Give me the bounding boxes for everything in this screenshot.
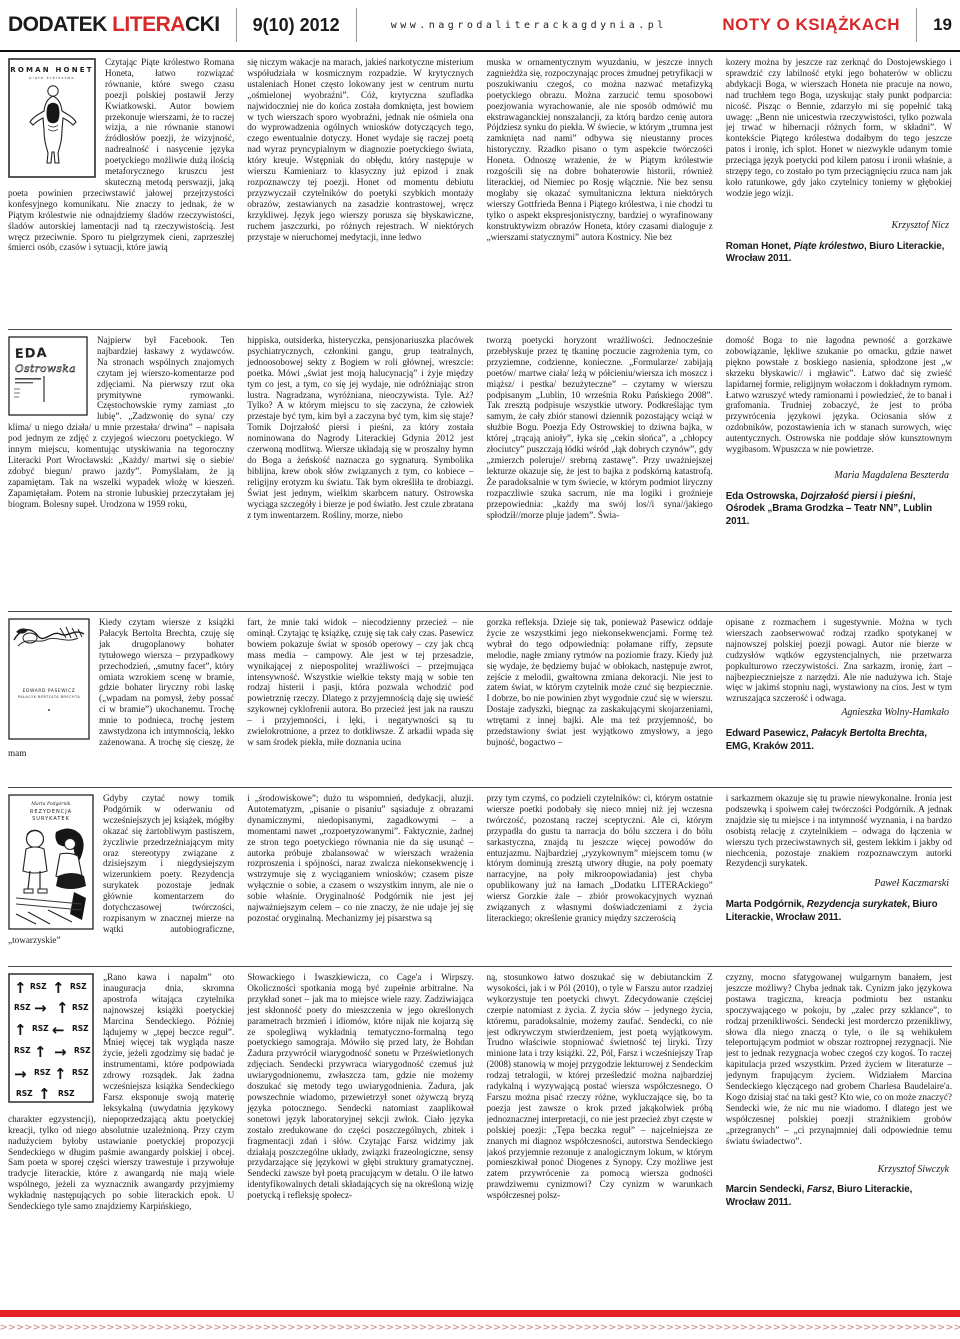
figure-torso (47, 103, 60, 124)
arrow-left-glyph: ← (52, 1021, 65, 1039)
arrow-up-glyph: ↑ (52, 979, 65, 997)
review-ostrowska-col1: EDA Ostrowska Najpierw był Facebook. Ten… (8, 335, 234, 611)
header-divider (236, 8, 237, 42)
book-cover-podgornik: Marta Podgórnik REZYDENCJA SURYKATEK (8, 794, 94, 930)
cover-author-text: ROMAN HONET (10, 66, 93, 74)
cover-title-text: PAŁACYK BERTOLTA BRECHTA (18, 695, 81, 699)
cover-author-text: Marta Podgórnik (30, 800, 71, 807)
review-pasewicz: EDWARD PASEWICZ PAŁACYK BERTOLTA BRECHTA… (0, 612, 960, 787)
review-ostrowska: EDA Ostrowska Najpierw był Facebook. Ten… (0, 330, 960, 611)
arrow-right-glyph: → (14, 1065, 27, 1083)
review-text: i sarkazmem okazuje się tu prawie niewyk… (726, 793, 952, 868)
citation-title: Dojrzałość piersi i pieśni (800, 491, 912, 502)
footer-red-bar (0, 1310, 960, 1317)
review-text: hippiska, outsiderka, histeryczka, pensj… (247, 335, 473, 611)
book-cover-podgornik-art: Marta Podgórnik REZYDENCJA SURYKATEK (8, 794, 94, 930)
citation-author: Marta Podgórnik, (726, 899, 807, 910)
book-cover-ostrowska-art: EDA Ostrowska (8, 336, 88, 416)
book-cover-farsz-art: ↑ RSZ ↑ RSZ RSZ → ↑ RSZ ↑ RSZ ← RSZ RSZ … (8, 973, 94, 1103)
book-citation: Marcin Sendecki, Farsz, Biuro Literackie… (726, 1184, 952, 1209)
masthead: DODATEK LITERACKI 9(10) 2012 www.nagroda… (0, 0, 960, 52)
cover-letters: RSZ (72, 1024, 89, 1033)
book-cover-honet: ROMAN HONET piąte królestwo (8, 58, 96, 178)
review-honet: ROMAN HONET piąte królestwo Czytając Pią… (0, 52, 960, 329)
cover-letters: RSZ (16, 1089, 33, 1098)
review-podgornik-col1: Marta Podgórnik REZYDENCJA SURYKATEK Gdy… (8, 793, 234, 966)
header-divider (356, 8, 357, 42)
page-number: 19 (933, 15, 952, 35)
review-pasewicz-col1: EDWARD PASEWICZ PAŁACYK BERTOLTA BRECHTA… (8, 617, 234, 787)
cover-letters: RSZ (72, 1003, 89, 1012)
cover-author-text: EDWARD PASEWICZ (23, 688, 76, 694)
cover-author-text: EDA (15, 346, 48, 362)
review-pasewicz-col4: opisane z rozmachem i sugestywnie. Można… (726, 617, 952, 787)
citation-title: Piąte królestwo (794, 241, 864, 252)
chevron-strip: >>>>>>>>>>>>>>>>>>>>>>>>>>>>>>>>>>>>>>>>… (0, 1321, 960, 1335)
arrow-up-glyph: ↑ (14, 1021, 27, 1039)
cover-letters: RSZ (32, 1024, 49, 1033)
citation-title: Farsz (807, 1184, 832, 1195)
cover-subtitle-mark (15, 378, 41, 380)
arrow-up-glyph: ↑ (14, 979, 27, 997)
book-cover-sendecki-farsz: ↑ RSZ ↑ RSZ RSZ → ↑ RSZ ↑ RSZ ← RSZ RSZ … (8, 973, 94, 1103)
citation-title: Pałacyk Bertolta Brechta (811, 728, 924, 739)
cover-title-text: piąte królestwo (29, 76, 75, 80)
cover-letters: RSZ (30, 982, 47, 991)
website-url: www.nagrodaliterackagdynia.pl (391, 20, 667, 31)
cover-author-text2: Ostrowska (15, 363, 76, 375)
brand-part-black2: CKI (185, 13, 220, 36)
review-text: czyzny, mocno sfatygowanej wulgarnym ban… (726, 972, 952, 1146)
review-text: gorzka refleksja. Dzieje się tak, poniew… (487, 617, 713, 787)
review-ostrowska-col4: domość Boga to nie łagodna pewność a gor… (726, 335, 952, 611)
reviewer-signature: Agnieszka Wolny-Hamkało (726, 708, 949, 719)
arrow-right-glyph: → (54, 1043, 67, 1061)
citation-author: Edward Pasewicz, (726, 728, 811, 739)
review-sendecki-col4: czyzny, mocno sfatygowanej wulgarnym ban… (726, 972, 952, 1310)
review-text: ną, stosunkowo łatwo doszukać się w debi… (487, 972, 713, 1310)
review-text: tworzą poetycki horyzont wrażliwości. Je… (487, 335, 713, 611)
figure-left-body (23, 847, 47, 873)
issue-number: 9(10) 2012 (253, 15, 340, 36)
arrow-right-glyph: → (34, 999, 47, 1017)
book-citation: Edward Pasewicz, Pałacyk Bertolta Brecht… (726, 728, 952, 753)
arrow-up-glyph: ↑ (34, 1043, 47, 1061)
reviewer-signature: Maria Magdalena Beszterda (726, 471, 949, 482)
cover-title-text: REZYDENCJA (30, 809, 72, 815)
reviewer-signature: Krzysztof Siwczyk (726, 1165, 949, 1176)
review-sendecki-col1: ↑ RSZ ↑ RSZ RSZ → ↑ RSZ ↑ RSZ ← RSZ RSZ … (8, 972, 234, 1310)
review-text: i „środowiskowe”; dużo tu wspomnień, ded… (247, 793, 473, 966)
review-text: domość Boga to nie łagodna pewność a gor… (726, 335, 952, 454)
review-podgornik-col4: i sarkazmem okazuje się tu prawie niewyk… (726, 793, 952, 966)
arrow-up-glyph: ↑ (54, 1065, 67, 1083)
cover-subtitle-mark (15, 382, 33, 383)
review-text: kozery można by jeszcze raz zerknąć do D… (726, 57, 952, 198)
book-cover-pasewicz-art: EDWARD PASEWICZ PAŁACYK BERTOLTA BRECHTA (8, 618, 90, 740)
book-cover-ostrowska: EDA Ostrowska (8, 336, 88, 416)
review-text: muska w ornamentycznym wyuzdaniu, w jesz… (487, 57, 713, 329)
review-text: przy tym czymś, co podzieli czytelników:… (487, 793, 713, 966)
reviewer-signature: Krzysztof Nicz (726, 221, 949, 232)
cover-dot (48, 709, 50, 711)
review-text: fart, że mnie taki widok – niecodzienny … (247, 617, 473, 787)
citation-author: Marcin Sendecki, (726, 1184, 807, 1195)
cover-letters: RSZ (72, 1068, 89, 1077)
book-cover-honet-art: ROMAN HONET piąte królestwo (8, 58, 96, 178)
cover-title-text2: SURYKATEK (32, 816, 70, 822)
cover-letters: RSZ (14, 1046, 31, 1055)
book-citation: Eda Ostrowska, Dojrzałość piersi i pieśn… (726, 491, 952, 529)
book-citation: Marta Podgórnik, Rezydencja surykatek, B… (726, 899, 952, 924)
review-text: Słowackiego i Iwaszkiewicza, co Cage'a i… (247, 972, 473, 1310)
cover-letters: RSZ (74, 1046, 91, 1055)
review-text: opisane z rozmachem i sugestywnie. Można… (726, 617, 952, 703)
section-title: NOTY O KSIĄŻKACH (722, 15, 900, 35)
figure-right-head (65, 839, 76, 850)
cover-letters: RSZ (70, 982, 87, 991)
brand-part-red: LITERA (112, 13, 185, 36)
brand-title: DODATEK LITERACKI (8, 13, 220, 37)
review-honet-col4: kozery można by jeszcze raz zerknąć do D… (726, 57, 952, 329)
review-podgornik: Marta Podgórnik REZYDENCJA SURYKATEK Gdy… (0, 788, 960, 966)
figure-right-skirt (56, 873, 86, 889)
book-citation: Roman Honet, Piąte królestwo, Biuro Lite… (726, 241, 952, 266)
arrow-up-glyph: ↑ (38, 1085, 51, 1103)
cover-letters: RSZ (34, 1068, 51, 1077)
book-cover-pasewicz: EDWARD PASEWICZ PAŁACYK BERTOLTA BRECHTA (8, 618, 90, 740)
citation-title: Rezydencja surykatek (807, 899, 907, 910)
cover-letters: RSZ (14, 1003, 31, 1012)
header-divider (916, 8, 917, 42)
citation-author: Roman Honet, (726, 241, 794, 252)
review-honet-col1: ROMAN HONET piąte królestwo Czytając Pią… (8, 57, 234, 329)
arrow-up-glyph: ↑ (56, 999, 69, 1017)
cover-letters: RSZ (58, 1089, 75, 1098)
review-sendecki: ↑ RSZ ↑ RSZ RSZ → ↑ RSZ ↑ RSZ ← RSZ RSZ … (0, 967, 960, 1310)
reviewer-signature: Paweł Kaczmarski (726, 879, 949, 890)
review-text: się niczym wakacje na marach, jakieś nar… (247, 57, 473, 329)
citation-author: Eda Ostrowska, (726, 491, 801, 502)
brand-part-black: DODATEK (8, 13, 112, 36)
